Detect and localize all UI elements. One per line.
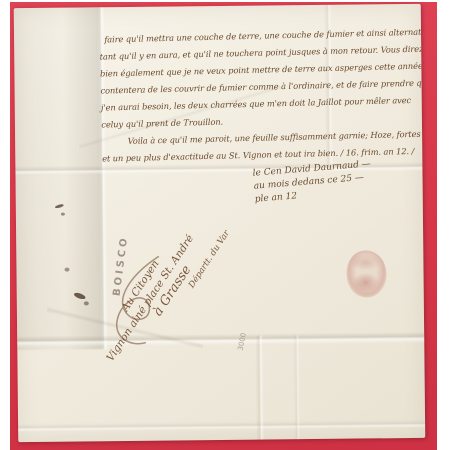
letter-body: faire qu'il mettra une couche de terre, … — [99, 23, 425, 167]
ink-smudge — [61, 213, 65, 216]
letter-photo: faire qu'il mettra une couche de terre, … — [0, 0, 450, 450]
letter-paper: faire qu'il mettra une couche de terre, … — [14, 4, 426, 442]
ink-smudge — [84, 301, 89, 305]
fold-crease-vertical-bottom-right — [293, 335, 300, 442]
pencil-number: 3000 — [236, 332, 247, 351]
fold-crease-vertical-bottom-left — [255, 336, 264, 443]
wax-seal — [346, 250, 386, 297]
left-fold-flap — [14, 7, 106, 350]
fold-crease-horizontal-bottom — [18, 420, 425, 432]
ink-smudge — [64, 268, 69, 272]
